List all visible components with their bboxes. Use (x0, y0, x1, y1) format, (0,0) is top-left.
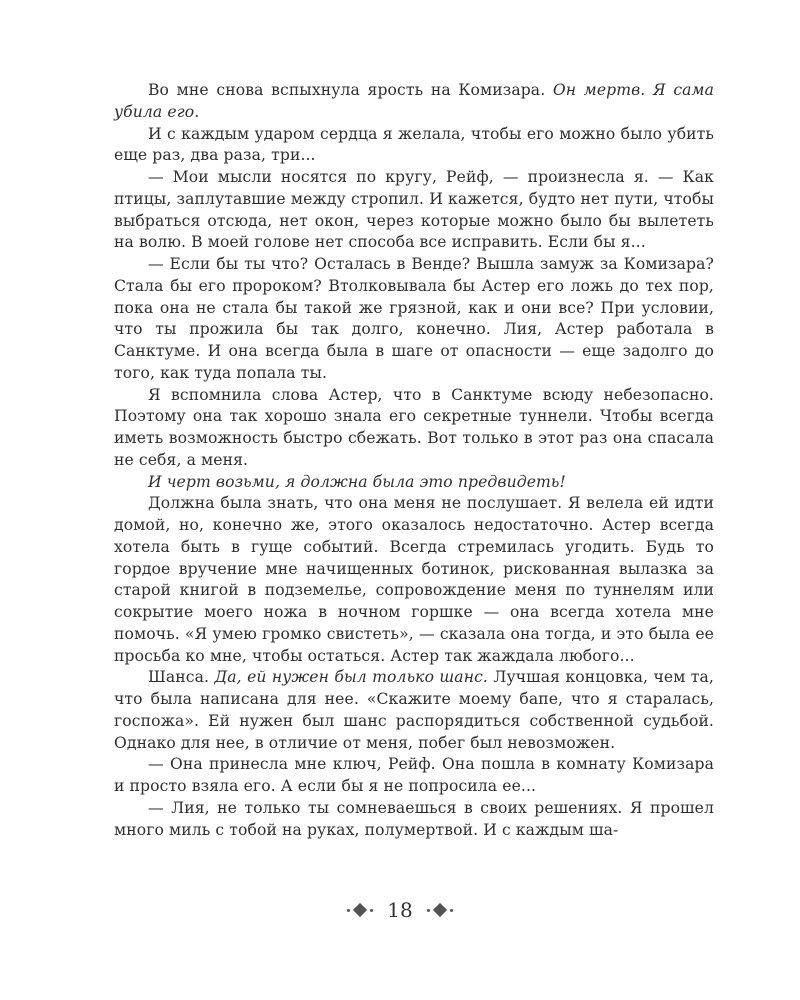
diamond-ornament-icon (427, 905, 453, 915)
page-number: 18 (387, 898, 412, 922)
text-run: — Она принесла мне ключ, Рейф. Она пошла… (114, 755, 714, 795)
paragraph: — Она принесла мне ключ, Рейф. Она пошла… (114, 754, 714, 798)
paragraph: И с каждым ударом сердца я желала, чтобы… (114, 124, 714, 168)
text-run: — Если бы ты что? Осталась в Венде? Вышл… (114, 255, 714, 382)
paragraph: И черт возьми, я должна была это предвид… (114, 472, 714, 494)
text-run: И с каждым ударом сердца я желала, чтобы… (114, 125, 714, 165)
paragraph: Я вспомнила слова Астер, что в Санктуме … (114, 385, 714, 472)
page-body: Во мне снова вспыхнула ярость на Комизар… (114, 80, 714, 841)
text-run: . (194, 103, 199, 121)
page-footer: 18 (0, 898, 800, 922)
paragraph: Во мне снова вспыхнула ярость на Комизар… (114, 80, 714, 124)
text-run: Должна была знать, что она меня не послу… (114, 494, 714, 664)
paragraph: Должна была знать, что она меня не послу… (114, 493, 714, 667)
text-run: Я вспомнила слова Астер, что в Санктуме … (114, 386, 714, 469)
paragraph: Шанса. Да, ей нужен был только шанс. Луч… (114, 667, 714, 754)
diamond-ornament-icon (347, 905, 373, 915)
paragraph: — Если бы ты что? Осталась в Венде? Вышл… (114, 254, 714, 385)
paragraph: — Мои мысли носятся по кругу, Рейф, — пр… (114, 167, 714, 254)
text-run: Во мне снова вспыхнула ярость на Комизар… (148, 81, 553, 99)
text-run: — Мои мысли носятся по кругу, Рейф, — пр… (114, 168, 714, 251)
paragraph: — Лия, не только ты сомневаешься в своих… (114, 798, 714, 842)
text-run: — Лия, не только ты сомневаешься в своих… (114, 799, 714, 839)
italic-text: Да, ей нужен был только шанс. (214, 668, 488, 686)
italic-text: И черт возьми, я должна была это предвид… (148, 473, 566, 491)
text-run: Шанса. (148, 668, 214, 686)
